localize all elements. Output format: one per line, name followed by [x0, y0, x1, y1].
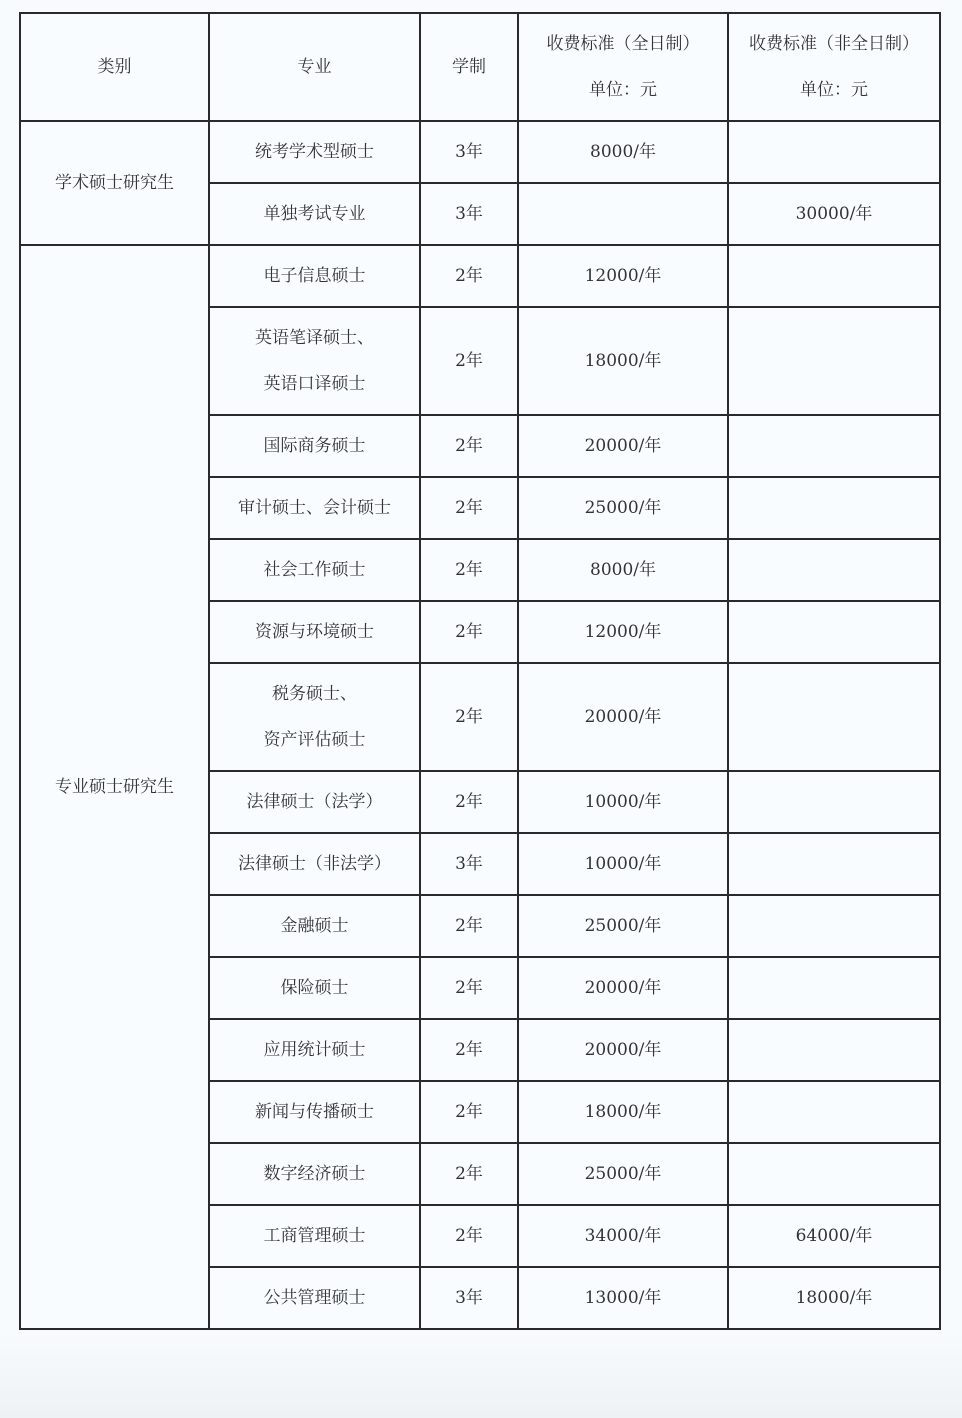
- category-cell: 专业硕士研究生: [20, 245, 209, 1329]
- parttime-fee-cell: [728, 663, 940, 771]
- duration-cell: 3年: [420, 833, 518, 895]
- fulltime-fee-cell: 8000/年: [518, 539, 728, 601]
- tuition-fee-table: 类别 专业 学制 收费标准（全日制） 单位：元 收费标准（非全日制） 单位：元 …: [19, 12, 941, 1330]
- duration-cell: 2年: [420, 957, 518, 1019]
- major-name-line: 资产评估硕士: [210, 717, 419, 763]
- parttime-fee-cell: [728, 833, 940, 895]
- fulltime-fee-cell: 12000/年: [518, 245, 728, 307]
- parttime-fee-cell: 30000/年: [728, 183, 940, 245]
- major-name-line: 公共管理硕士: [210, 1275, 419, 1321]
- major-name-line: 审计硕士、会计硕士: [210, 485, 419, 531]
- fulltime-fee-cell: 8000/年: [518, 121, 728, 183]
- header-parttime-fee: 收费标准（非全日制） 单位：元: [728, 13, 940, 121]
- major-cell: 应用统计硕士: [209, 1019, 420, 1081]
- parttime-fee-cell: 64000/年: [728, 1205, 940, 1267]
- duration-cell: 2年: [420, 895, 518, 957]
- major-name-line: 统考学术型硕士: [210, 129, 419, 175]
- major-cell: 统考学术型硕士: [209, 121, 420, 183]
- major-name-line: 税务硕士、: [210, 671, 419, 717]
- fulltime-fee-cell: 18000/年: [518, 1081, 728, 1143]
- duration-cell: 2年: [420, 663, 518, 771]
- parttime-fee-cell: [728, 771, 940, 833]
- fulltime-fee-cell: 20000/年: [518, 415, 728, 477]
- major-name-line: 电子信息硕士: [210, 253, 419, 299]
- major-name-line: 资源与环境硕士: [210, 609, 419, 655]
- header-fulltime-title: 收费标准（全日制）: [519, 21, 727, 67]
- fulltime-fee-cell: 20000/年: [518, 663, 728, 771]
- major-name-line: 英语口译硕士: [210, 361, 419, 407]
- parttime-fee-cell: [728, 1143, 940, 1205]
- major-cell: 电子信息硕士: [209, 245, 420, 307]
- header-category: 类别: [20, 13, 209, 121]
- major-cell: 公共管理硕士: [209, 1267, 420, 1329]
- parttime-fee-cell: [728, 957, 940, 1019]
- category-cell: 学术硕士研究生: [20, 121, 209, 245]
- header-row: 类别 专业 学制 收费标准（全日制） 单位：元 收费标准（非全日制） 单位：元: [20, 13, 940, 121]
- table-row: 专业硕士研究生电子信息硕士2年12000/年: [20, 245, 940, 307]
- header-parttime-unit: 单位：元: [729, 67, 939, 113]
- parttime-fee-cell: [728, 601, 940, 663]
- major-cell: 英语笔译硕士、英语口译硕士: [209, 307, 420, 415]
- major-cell: 审计硕士、会计硕士: [209, 477, 420, 539]
- parttime-fee-cell: [728, 477, 940, 539]
- fulltime-fee-cell: 20000/年: [518, 1019, 728, 1081]
- parttime-fee-cell: 18000/年: [728, 1267, 940, 1329]
- major-name-line: 国际商务硕士: [210, 423, 419, 469]
- fulltime-fee-cell: 34000/年: [518, 1205, 728, 1267]
- major-name-line: 英语笔译硕士、: [210, 315, 419, 361]
- fulltime-fee-cell: 10000/年: [518, 833, 728, 895]
- header-duration: 学制: [420, 13, 518, 121]
- duration-cell: 2年: [420, 601, 518, 663]
- major-name-line: 保险硕士: [210, 965, 419, 1011]
- major-name-line: 法律硕士（法学）: [210, 779, 419, 825]
- parttime-fee-cell: [728, 121, 940, 183]
- parttime-fee-cell: [728, 895, 940, 957]
- fulltime-fee-cell: 10000/年: [518, 771, 728, 833]
- major-cell: 资源与环境硕士: [209, 601, 420, 663]
- duration-cell: 2年: [420, 771, 518, 833]
- header-fulltime-unit: 单位：元: [519, 67, 727, 113]
- duration-cell: 3年: [420, 183, 518, 245]
- major-name-line: 单独考试专业: [210, 191, 419, 237]
- parttime-fee-cell: [728, 539, 940, 601]
- parttime-fee-cell: [728, 307, 940, 415]
- major-name-line: 金融硕士: [210, 903, 419, 949]
- major-cell: 单独考试专业: [209, 183, 420, 245]
- duration-cell: 2年: [420, 415, 518, 477]
- major-name-line: 工商管理硕士: [210, 1213, 419, 1259]
- major-cell: 新闻与传播硕士: [209, 1081, 420, 1143]
- fulltime-fee-cell: 12000/年: [518, 601, 728, 663]
- fulltime-fee-cell: 25000/年: [518, 1143, 728, 1205]
- major-cell: 国际商务硕士: [209, 415, 420, 477]
- major-name-line: 新闻与传播硕士: [210, 1089, 419, 1135]
- major-cell: 金融硕士: [209, 895, 420, 957]
- major-cell: 数字经济硕士: [209, 1143, 420, 1205]
- major-cell: 税务硕士、资产评估硕士: [209, 663, 420, 771]
- parttime-fee-cell: [728, 1081, 940, 1143]
- major-name-line: 法律硕士（非法学）: [210, 841, 419, 887]
- fulltime-fee-cell: 18000/年: [518, 307, 728, 415]
- fulltime-fee-cell: 20000/年: [518, 957, 728, 1019]
- major-name-line: 应用统计硕士: [210, 1027, 419, 1073]
- fulltime-fee-cell: 25000/年: [518, 477, 728, 539]
- header-major: 专业: [209, 13, 420, 121]
- duration-cell: 2年: [420, 477, 518, 539]
- major-cell: 法律硕士（非法学）: [209, 833, 420, 895]
- fulltime-fee-cell: [518, 183, 728, 245]
- major-cell: 保险硕士: [209, 957, 420, 1019]
- major-cell: 工商管理硕士: [209, 1205, 420, 1267]
- header-fulltime-fee: 收费标准（全日制） 单位：元: [518, 13, 728, 121]
- major-name-line: 数字经济硕士: [210, 1151, 419, 1197]
- duration-cell: 2年: [420, 245, 518, 307]
- header-parttime-title: 收费标准（非全日制）: [729, 21, 939, 67]
- fulltime-fee-cell: 25000/年: [518, 895, 728, 957]
- parttime-fee-cell: [728, 245, 940, 307]
- duration-cell: 2年: [420, 307, 518, 415]
- duration-cell: 2年: [420, 1081, 518, 1143]
- duration-cell: 2年: [420, 1019, 518, 1081]
- major-cell: 社会工作硕士: [209, 539, 420, 601]
- major-name-line: 社会工作硕士: [210, 547, 419, 593]
- fulltime-fee-cell: 13000/年: [518, 1267, 728, 1329]
- major-cell: 法律硕士（法学）: [209, 771, 420, 833]
- parttime-fee-cell: [728, 415, 940, 477]
- table-row: 学术硕士研究生统考学术型硕士3年8000/年: [20, 121, 940, 183]
- duration-cell: 3年: [420, 1267, 518, 1329]
- duration-cell: 2年: [420, 1143, 518, 1205]
- parttime-fee-cell: [728, 1019, 940, 1081]
- duration-cell: 2年: [420, 1205, 518, 1267]
- duration-cell: 3年: [420, 121, 518, 183]
- duration-cell: 2年: [420, 539, 518, 601]
